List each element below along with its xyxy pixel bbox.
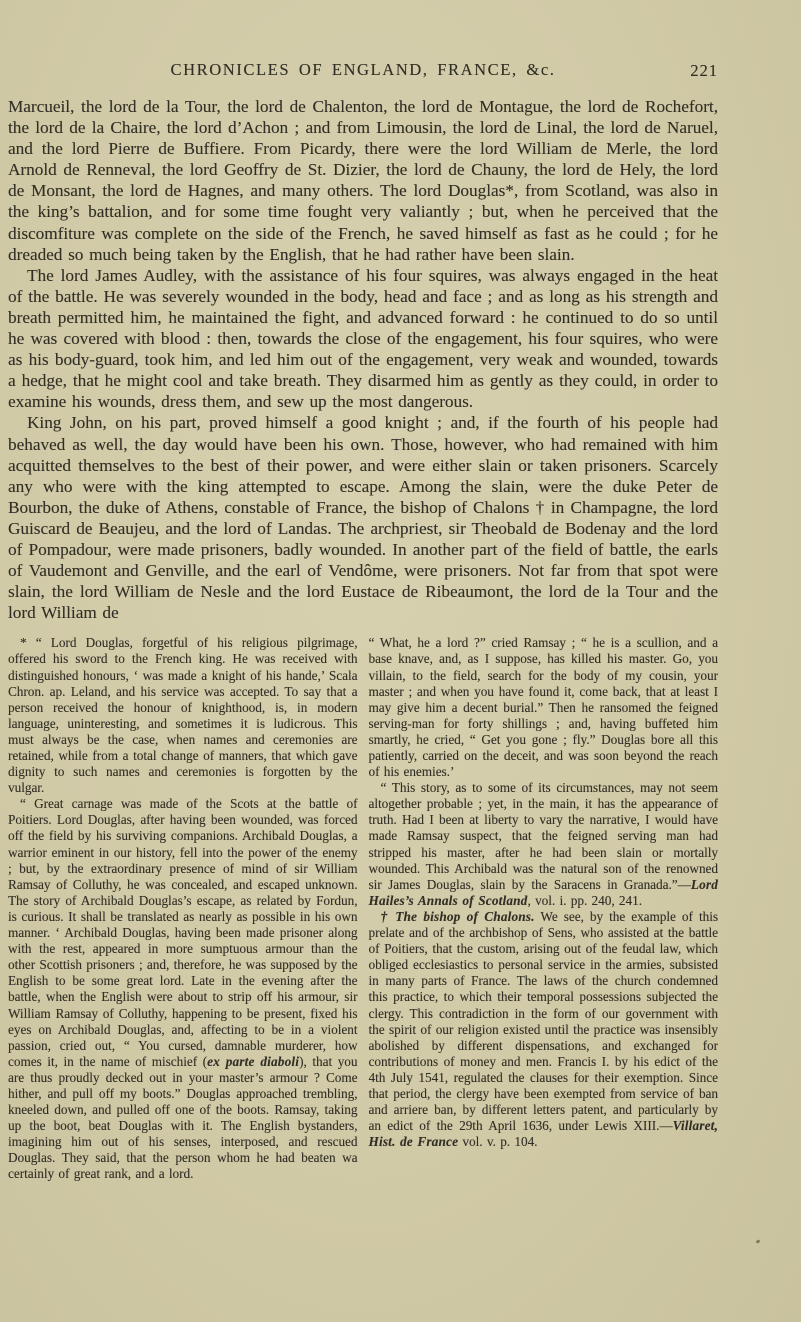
page-number: 221 xyxy=(690,61,718,81)
main-text-block: Marcueil, the lord de la Tour, the lord … xyxy=(8,96,718,623)
main-paragraph: King John, on his part, proved himself a… xyxy=(8,412,718,623)
footnote-column-left: * “ Lord Douglas, forgetful of his relig… xyxy=(8,635,358,1182)
footnote-paragraph: “ This story, as to some of its circumst… xyxy=(369,780,719,909)
running-title: CHRONICLES OF ENGLAND, FRANCE, &c. xyxy=(8,60,718,80)
main-paragraph: The lord James Audley, with the assistan… xyxy=(8,265,718,413)
main-paragraph: Marcueil, the lord de la Tour, the lord … xyxy=(8,96,718,265)
footnote-paragraph: “ Great carnage was made of the Scots at… xyxy=(8,796,358,1182)
book-page: CHRONICLES OF ENGLAND, FRANCE, &c. 221 M… xyxy=(0,0,801,1322)
footnote-paragraph: † The bishop of Chalons. We see, by the … xyxy=(369,909,719,1150)
footnote-paragraph: * “ Lord Douglas, forgetful of his relig… xyxy=(8,635,358,796)
footnotes-section: * “ Lord Douglas, forgetful of his relig… xyxy=(8,635,718,1182)
page-header: CHRONICLES OF ENGLAND, FRANCE, &c. 221 xyxy=(8,60,718,84)
footnote-column-right: “ What, he a lord ?” cried Ramsay ; “ he… xyxy=(369,635,719,1182)
footnote-paragraph: “ What, he a lord ?” cried Ramsay ; “ he… xyxy=(369,635,719,780)
